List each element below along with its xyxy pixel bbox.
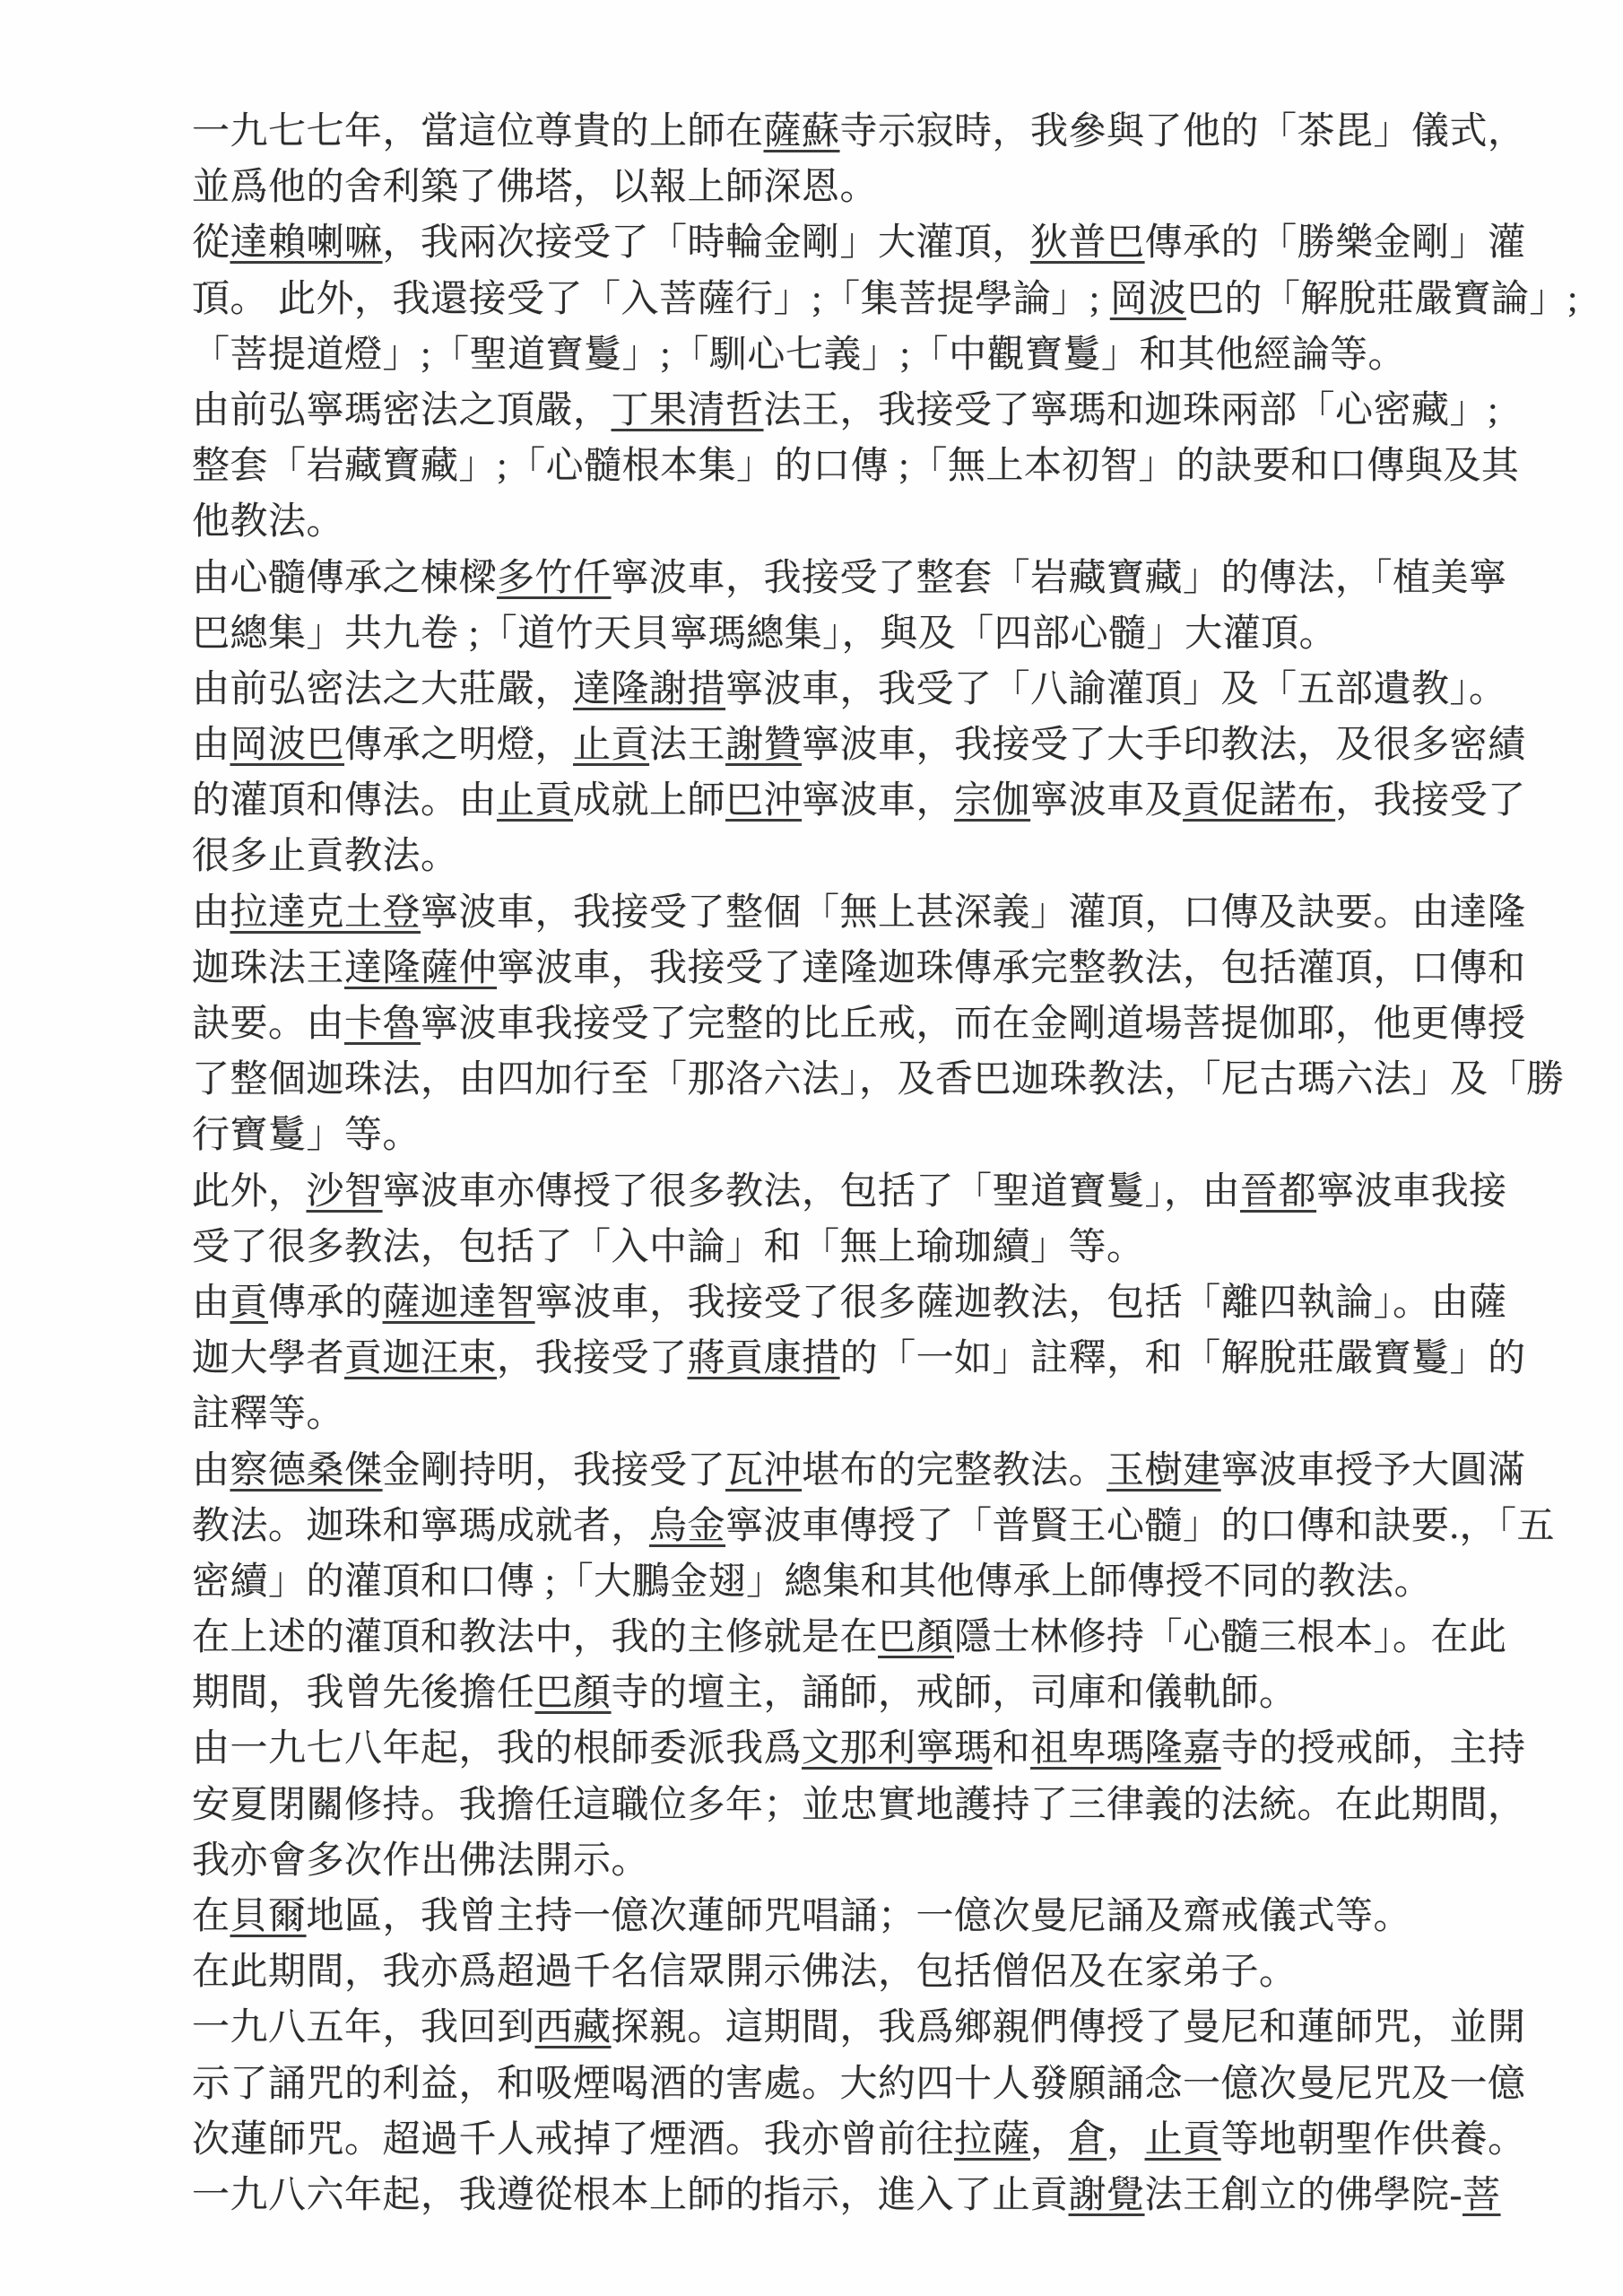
text-segment: 由前弘寧瑪密法之頂嚴， [192, 390, 612, 431]
text-segment: 傳承之明燈， [344, 725, 573, 766]
text-segment: ， [1030, 2119, 1069, 2161]
text-segment: 註釋等。 [192, 1394, 344, 1435]
text-line: 由前弘密法之大莊嚴，達隆謝措寧波車，我受了「八諭灌頂」及「五部遺教」。 [192, 662, 1501, 717]
underlined-term: 達隆薩仲 [344, 948, 497, 989]
text-line: 在貝爾地區，我曾主持一億次蓮師咒唱誦；一億次曼尼誦及齋戒儀式等。 [192, 1889, 1501, 1944]
underlined-term: 拉達克土登 [230, 892, 421, 934]
underlined-term: 多竹仟 [497, 558, 612, 599]
text-segment: 法王創立的佛學院- [1145, 2175, 1463, 2216]
underlined-term: 貢 [230, 1283, 269, 1324]
text-segment: 傳承的「勝樂金剛」灌 [1145, 222, 1526, 264]
text-segment: 寧波車，我接受了整套「岩藏寶藏」的傳法，「植美寧 [612, 558, 1507, 599]
underlined-term: 察德桑傑 [230, 1450, 383, 1492]
text-segment: 成就上師 [573, 780, 725, 822]
text-segment: 了整個迦珠法，由四加行至「那洛六法」，及香巴迦珠教法，「尼古瑪六法」及「勝 [192, 1059, 1565, 1100]
underlined-term: 謝贊 [725, 725, 802, 766]
text-segment: 由心髓傳承之棟樑 [192, 558, 497, 599]
text-line: 整套「岩藏寶藏」;「心髓根本集」的口傳 ;「無上本初智」的訣要和口傳與及其 [192, 439, 1501, 494]
text-line: 迦珠法王達隆薩仲寧波車，我接受了達隆迦珠傳承完整教法，包括灌頂，口傳和 [192, 941, 1501, 996]
text-segment: 由前弘密法之大莊嚴， [192, 669, 573, 710]
text-segment: 寺示寂時，我參與了他的「茶毘」儀式， [840, 111, 1526, 152]
text-segment: 教法。迦珠和寧瑪成就者， [192, 1506, 649, 1547]
text-segment: 寧波車及 [1030, 780, 1183, 822]
text-segment: 的「一如」註釋，和「解脫莊嚴寶鬘」的 [840, 1338, 1526, 1379]
text-segment: 從 [192, 222, 230, 264]
text-segment: 探親。這期間，我爲鄉親們傳授了曼尼和蓮師咒，並開 [612, 2007, 1526, 2048]
text-line: 他教法。 [192, 494, 1501, 550]
underlined-term: 烏金 [649, 1506, 725, 1547]
underlined-term: 止貢 [573, 725, 649, 766]
text-segment: 寧波車， [802, 780, 954, 822]
text-line: 行寶鬘」等。 [192, 1108, 1501, 1163]
text-segment: 整套「岩藏寶藏」;「心髓根本集」的口傳 ;「無上本初智」的訣要和口傳與及其 [192, 446, 1519, 487]
text-segment: 訣要。由 [192, 1004, 344, 1045]
text-line: 頂。 此外，我還接受了「入菩薩行」;「集菩提學論」; 岡波巴的「解脫莊嚴寶論」; [192, 272, 1501, 327]
text-line: 一九八六年起，我遵從根本上師的指示，進入了止貢謝覺法王創立的佛學院-菩 [192, 2168, 1501, 2223]
text-line: 教法。迦珠和寧瑪成就者，烏金寧波車傳授了「普賢王心髓」的口傳和訣要.，「五 [192, 1499, 1501, 1554]
underlined-term: 沙智 [307, 1171, 383, 1213]
text-segment: 隱士林修持「心髓三根本」。在此 [954, 1617, 1507, 1658]
underlined-term: 巴沖 [725, 780, 802, 822]
text-segment: 巴總集」共九卷 ;「道竹天貝寧瑪總集」，與及「四部心髓」大灌頂。 [192, 613, 1337, 655]
text-segment: 期間，我曾先後擔任 [192, 1673, 535, 1714]
text-line: 了整個迦珠法，由四加行至「那洛六法」，及香巴迦珠教法，「尼古瑪六法」及「勝 [192, 1052, 1501, 1108]
text-segment: 寧波車我接 [1316, 1171, 1507, 1213]
text-segment: ，我兩次接受了「時輪金剛」大灌頂， [383, 222, 1031, 264]
underlined-term: 薩迦達智 [383, 1283, 535, 1324]
text-segment: 寧波車，我接受了很多薩迦教法，包括「離四執論」。由薩 [535, 1283, 1507, 1324]
underlined-term: 巴顏 [535, 1673, 612, 1714]
text-segment: 一九七七年，當這位尊貴的上師在 [192, 111, 764, 152]
underlined-term: 祖卑瑪隆嘉 [1030, 1728, 1221, 1770]
text-line: 巴總集」共九卷 ;「道竹天貝寧瑪總集」，與及「四部心髓」大灌頂。 [192, 606, 1501, 662]
text-segment: 由一九七八年起，我的根師委派我爲 [192, 1728, 802, 1770]
underlined-term: 狄普巴 [1030, 222, 1145, 264]
text-line: 由察德桑傑金剛持明，我接受了瓦沖堪布的完整教法。玉樹建寧波車授予大圓滿 [192, 1443, 1501, 1499]
text-line: 「菩提道燈」;「聖道寶鬘」;「馴心七義」;「中觀寶鬘」和其他經論等。 [192, 327, 1501, 383]
text-segment: 金剛持明，我接受了 [383, 1450, 726, 1492]
underlined-term: 岡波 [1110, 279, 1186, 320]
text-segment: 並爲他的舍利築了佛塔，以報上師深恩。 [192, 167, 878, 208]
text-line: 由岡波巴傳承之明燈，止貢法王謝贊寧波車，我接受了大手印教法，及很多密績 [192, 717, 1501, 773]
underlined-term: 貢迦汪束 [344, 1338, 497, 1379]
text-segment: 安夏閉關修持。我擔任這職位多年；並忠實地護持了三律義的法統。在此期間， [192, 1785, 1526, 1826]
text-segment: 在上述的灌頂和教法中，我的主修就是在 [192, 1617, 878, 1658]
underlined-term: 止貢 [1145, 2119, 1221, 2161]
underlined-term: 文那利寧瑪 [802, 1728, 993, 1770]
text-segment: 寺的授戒師，主持 [1221, 1728, 1526, 1770]
text-segment: 由 [192, 1283, 230, 1324]
text-segment: 寧波車，我接受了整個「無上甚深義」灌頂，口傳及訣要。由達隆 [421, 892, 1526, 934]
text-segment: 寧波車亦傳授了很多教法，包括了「聖道寶鬘」，由 [383, 1171, 1241, 1213]
text-line: 訣要。由卡魯寧波車我接受了完整的比丘戒，而在金剛道場菩提伽耶，他更傳授 [192, 996, 1501, 1052]
text-line: 由心髓傳承之棟樑多竹仟寧波車，我接受了整套「岩藏寶藏」的傳法，「植美寧 [192, 551, 1501, 606]
underlined-term: 貝爾 [230, 1896, 307, 1937]
underlined-term: 岡波巴 [230, 725, 345, 766]
text-line: 在上述的灌頂和教法中，我的主修就是在巴顏隱士林修持「心髓三根本」。在此 [192, 1610, 1501, 1665]
underlined-term: 菩 [1462, 2175, 1501, 2216]
underlined-term: 巴顏 [878, 1617, 954, 1658]
text-segment: 迦珠法王 [192, 948, 344, 989]
text-line: 很多止貢教法。 [192, 829, 1501, 884]
text-line: 我亦會多次作出佛法開示。 [192, 1833, 1501, 1889]
text-line: 註釋等。 [192, 1387, 1501, 1442]
underlined-term: 謝覺 [1069, 2175, 1145, 2216]
text-segment: 次蓮師咒。超過千人戒掉了煙酒。我亦曾前往 [192, 2119, 954, 2161]
underlined-term: 瓦沖 [725, 1450, 802, 1492]
text-segment: 堪布的完整教法。 [802, 1450, 1107, 1492]
text-segment: 的灌頂和傳法。由 [192, 780, 497, 822]
underlined-term: 倉 [1069, 2119, 1107, 2161]
text-segment: 在 [192, 1896, 230, 1937]
text-segment: 受了很多教法，包括了「入中論」和「無上瑜珈續」等。 [192, 1227, 1145, 1268]
text-segment: 寧波車授予大圓滿 [1221, 1450, 1526, 1492]
underlined-term: 止貢 [497, 780, 573, 822]
text-segment: 示了誦咒的利益，和吸煙喝酒的害處。大約四十人發願誦念一億次曼尼咒及一億 [192, 2064, 1526, 2105]
text-segment: 法王 [649, 725, 725, 766]
text-segment: ，我接受了 [1335, 780, 1526, 822]
text-segment: 很多止貢教法。 [192, 836, 459, 877]
text-segment: 由 [192, 892, 230, 934]
text-line: 的灌頂和傳法。由止貢成就上師巴沖寧波車，宗伽寧波車及貢促諾布，我接受了 [192, 773, 1501, 829]
text-line: 並爲他的舍利築了佛塔，以報上師深恩。 [192, 160, 1501, 215]
underlined-term: 宗伽 [954, 780, 1030, 822]
text-segment: 迦大學者 [192, 1338, 344, 1379]
text-segment: 寧波車，我受了「八諭灌頂」及「五部遺教」。 [725, 669, 1507, 710]
text-segment: 此外， [192, 1171, 307, 1213]
text-segment: 在此期間，我亦爲超過千名信眾開示佛法，包括僧侶及在家弟子。 [192, 1952, 1298, 1993]
text-segment: 寧波車，我接受了大手印教法，及很多密績 [802, 725, 1526, 766]
underlined-term: 西藏 [535, 2007, 612, 2048]
text-segment: 我亦會多次作出佛法開示。 [192, 1840, 649, 1882]
underlined-term: 拉薩 [954, 2119, 1030, 2161]
underlined-term: 達賴喇嘛 [230, 222, 383, 264]
scanned-document-page: 一九七七年，當這位尊貴的上師在薩蘇寺示寂時，我參與了他的「茶毘」儀式，並爲他的舍… [0, 0, 1623, 2296]
underlined-term: 貢促諾布 [1183, 780, 1335, 822]
underlined-term: 達隆謝措 [573, 669, 725, 710]
text-line: 安夏閉關修持。我擔任這職位多年；並忠實地護持了三律義的法統。在此期間， [192, 1778, 1501, 1833]
text-line: 在此期間，我亦爲超過千名信眾開示佛法，包括僧侶及在家弟子。 [192, 1944, 1501, 2000]
underlined-term: 蔣貢康措 [688, 1338, 840, 1379]
text-segment: 和 [993, 1728, 1031, 1770]
text-segment: 巴的「解脫莊嚴寶論」; [1186, 279, 1578, 320]
text-segment: 傳承的 [268, 1283, 383, 1324]
text-line: 從達賴喇嘛，我兩次接受了「時輪金剛」大灌頂，狄普巴傳承的「勝樂金剛」灌 [192, 215, 1501, 271]
text-segment: 寺的壇主，誦師，戒師，司庫和儀軌師。 [612, 1673, 1298, 1714]
text-line: 一九八五年，我回到西藏探親。這期間，我爲鄉親們傳授了曼尼和蓮師咒，並開 [192, 2000, 1501, 2056]
text-segment: 一九八六年起，我遵從根本上師的指示，進入了止貢 [192, 2175, 1069, 2216]
text-segment: ， [1107, 2119, 1145, 2161]
text-segment: 由 [192, 1450, 230, 1492]
text-segment: 法王，我接受了寧瑪和迦珠兩部「心密藏」; [764, 390, 1499, 431]
text-line: 密續」的灌頂和口傳 ;「大鵬金翅」總集和其他傳承上師傳授不同的教法。 [192, 1554, 1501, 1610]
document-text-block: 一九七七年，當這位尊貴的上師在薩蘇寺示寂時，我參與了他的「茶毘」儀式，並爲他的舍… [192, 104, 1501, 2223]
text-segment: 一九八五年，我回到 [192, 2007, 535, 2048]
text-segment: 地區，我曾主持一億次蓮師咒唱誦；一億次曼尼誦及齋戒儀式等。 [307, 1896, 1412, 1937]
text-segment: 頂。 此外，我還接受了「入菩薩行」;「集菩提學論」; [192, 279, 1110, 320]
text-line: 迦大學者貢迦汪束，我接受了蔣貢康措的「一如」註釋，和「解脫莊嚴寶鬘」的 [192, 1331, 1501, 1387]
text-segment: 由 [192, 725, 230, 766]
underlined-term: 丁果清哲 [612, 390, 764, 431]
text-segment: 行寶鬘」等。 [192, 1115, 421, 1156]
text-line: 受了很多教法，包括了「入中論」和「無上瑜珈續」等。 [192, 1220, 1501, 1275]
text-line: 示了誦咒的利益，和吸煙喝酒的害處。大約四十人發願誦念一億次曼尼咒及一億 [192, 2057, 1501, 2112]
text-line: 一九七七年，當這位尊貴的上師在薩蘇寺示寂時，我參與了他的「茶毘」儀式， [192, 104, 1501, 160]
text-segment: 等地朝聖作供養。 [1221, 2119, 1526, 2161]
text-line: 次蓮師咒。超過千人戒掉了煙酒。我亦曾前往拉薩，倉，止貢等地朝聖作供養。 [192, 2112, 1501, 2168]
text-segment: 寧波車，我接受了達隆迦珠傳承完整教法，包括灌頂，口傳和 [497, 948, 1526, 989]
text-segment: 寧波車傳授了「普賢王心髓」的口傳和訣要.，「五 [725, 1506, 1555, 1547]
text-line: 此外，沙智寧波車亦傳授了很多教法，包括了「聖道寶鬘」，由晉都寧波車我接 [192, 1164, 1501, 1220]
text-segment: 他教法。 [192, 501, 344, 543]
underlined-term: 薩蘇 [764, 111, 840, 152]
text-line: 期間，我曾先後擔任巴顏寺的壇主，誦師，戒師，司庫和儀軌師。 [192, 1665, 1501, 1721]
text-line: 由一九七八年起，我的根師委派我爲文那利寧瑪和祖卑瑪隆嘉寺的授戒師，主持 [192, 1721, 1501, 1777]
text-segment: 密續」的灌頂和口傳 ;「大鵬金翅」總集和其他傳承上師傳授不同的教法。 [192, 1561, 1432, 1603]
text-segment: 寧波車我接受了完整的比丘戒，而在金剛道場菩提伽耶，他更傳授 [421, 1004, 1526, 1045]
underlined-term: 玉樹建 [1107, 1450, 1221, 1492]
underlined-term: 卡魯 [344, 1004, 421, 1045]
text-line: 由貢傳承的薩迦達智寧波車，我接受了很多薩迦教法，包括「離四執論」。由薩 [192, 1275, 1501, 1331]
underlined-term: 晉都 [1240, 1171, 1316, 1213]
text-line: 由前弘寧瑪密法之頂嚴，丁果清哲法王，我接受了寧瑪和迦珠兩部「心密藏」; [192, 383, 1501, 439]
text-line: 由拉達克土登寧波車，我接受了整個「無上甚深義」灌頂，口傳及訣要。由達隆 [192, 885, 1501, 941]
text-segment: 「菩提道燈」;「聖道寶鬘」;「馴心七義」;「中觀寶鬘」和其他經論等。 [192, 335, 1406, 376]
text-segment: ，我接受了 [497, 1338, 688, 1379]
